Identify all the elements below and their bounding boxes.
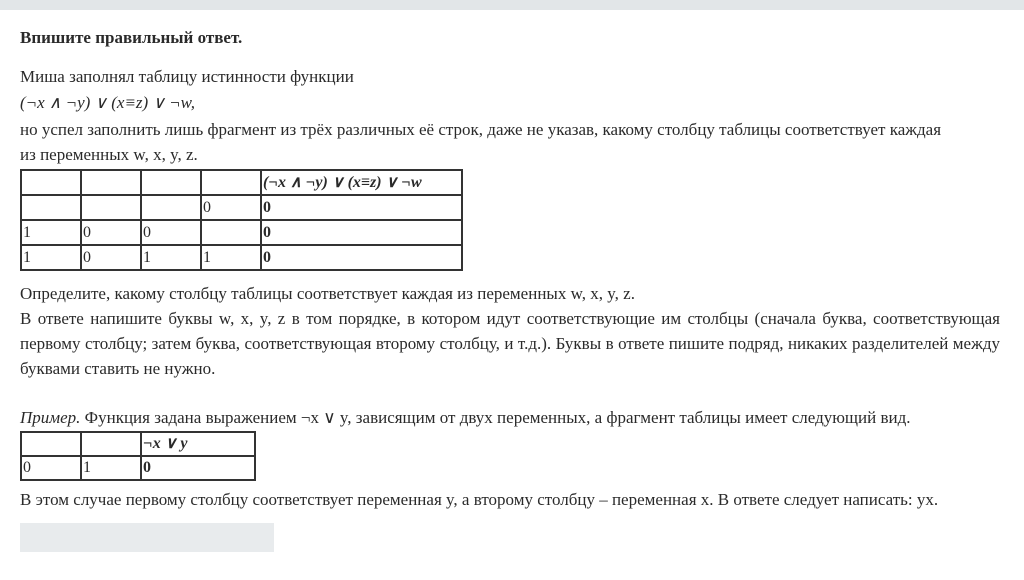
table-header-row: (¬x ∧ ¬y) ∨ (x≡z) ∨ ¬w xyxy=(21,170,462,195)
table-cell xyxy=(201,170,261,195)
table-cell: 1 xyxy=(201,245,261,270)
table-cell xyxy=(141,195,201,220)
function-header: (¬x ∧ ¬y) ∨ (x≡z) ∨ ¬w xyxy=(261,170,462,195)
function-value: 0 xyxy=(261,220,462,245)
formula: (¬x ∧ ¬y) ∨ (x≡z) ∨ ¬w, xyxy=(20,93,195,113)
function-header: ¬x ∨ y xyxy=(141,432,255,456)
table-row: 0 0 xyxy=(21,195,462,220)
function-value: 0 xyxy=(141,456,255,480)
table-cell: 1 xyxy=(141,245,201,270)
table-cell: 1 xyxy=(21,245,81,270)
answer-input[interactable] xyxy=(20,523,274,552)
example-table: ¬x ∨ y 0 1 0 xyxy=(20,431,256,481)
answer-rules: В ответе напишите буквы w, x, y, z в том… xyxy=(20,306,1000,381)
table-row: 1 0 1 1 0 xyxy=(21,245,462,270)
task-instruction: Впишите правильный ответ. xyxy=(20,28,242,48)
table-cell: 1 xyxy=(21,220,81,245)
table-row: 1 0 0 0 xyxy=(21,220,462,245)
intro-line-1: Миша заполнял таблицу истинности функции xyxy=(20,67,354,87)
table-cell xyxy=(21,432,81,456)
top-bar xyxy=(0,0,1024,10)
function-value: 0 xyxy=(261,195,462,220)
table-cell xyxy=(141,170,201,195)
table-cell: 1 xyxy=(81,456,141,480)
function-value: 0 xyxy=(261,245,462,270)
intro-line-2: но успел заполнить лишь фрагмент из трёх… xyxy=(20,120,941,140)
table-cell xyxy=(81,170,141,195)
table-cell: 0 xyxy=(201,195,261,220)
intro-line-3: из переменных w, x, y, z. xyxy=(20,145,198,165)
question: Определите, какому столбцу таблицы соотв… xyxy=(20,284,635,304)
table-cell xyxy=(201,220,261,245)
example-conclusion: В этом случае первому столбцу соответств… xyxy=(20,490,938,510)
table-cell xyxy=(81,432,141,456)
table-cell: 0 xyxy=(81,245,141,270)
example-paragraph: Пример. Функция задана выражением ¬x ∨ y… xyxy=(20,408,911,428)
table-cell: 0 xyxy=(141,220,201,245)
table-header-row: ¬x ∨ y xyxy=(21,432,255,456)
truth-table: (¬x ∧ ¬y) ∨ (x≡z) ∨ ¬w 0 0 1 0 0 0 1 0 1… xyxy=(20,169,463,271)
table-cell xyxy=(21,195,81,220)
example-label: Пример. xyxy=(20,408,80,427)
table-cell: 0 xyxy=(21,456,81,480)
table-row: 0 1 0 xyxy=(21,456,255,480)
table-cell xyxy=(21,170,81,195)
example-text: Функция задана выражением ¬x ∨ y, завися… xyxy=(80,408,910,427)
table-cell: 0 xyxy=(81,220,141,245)
table-cell xyxy=(81,195,141,220)
